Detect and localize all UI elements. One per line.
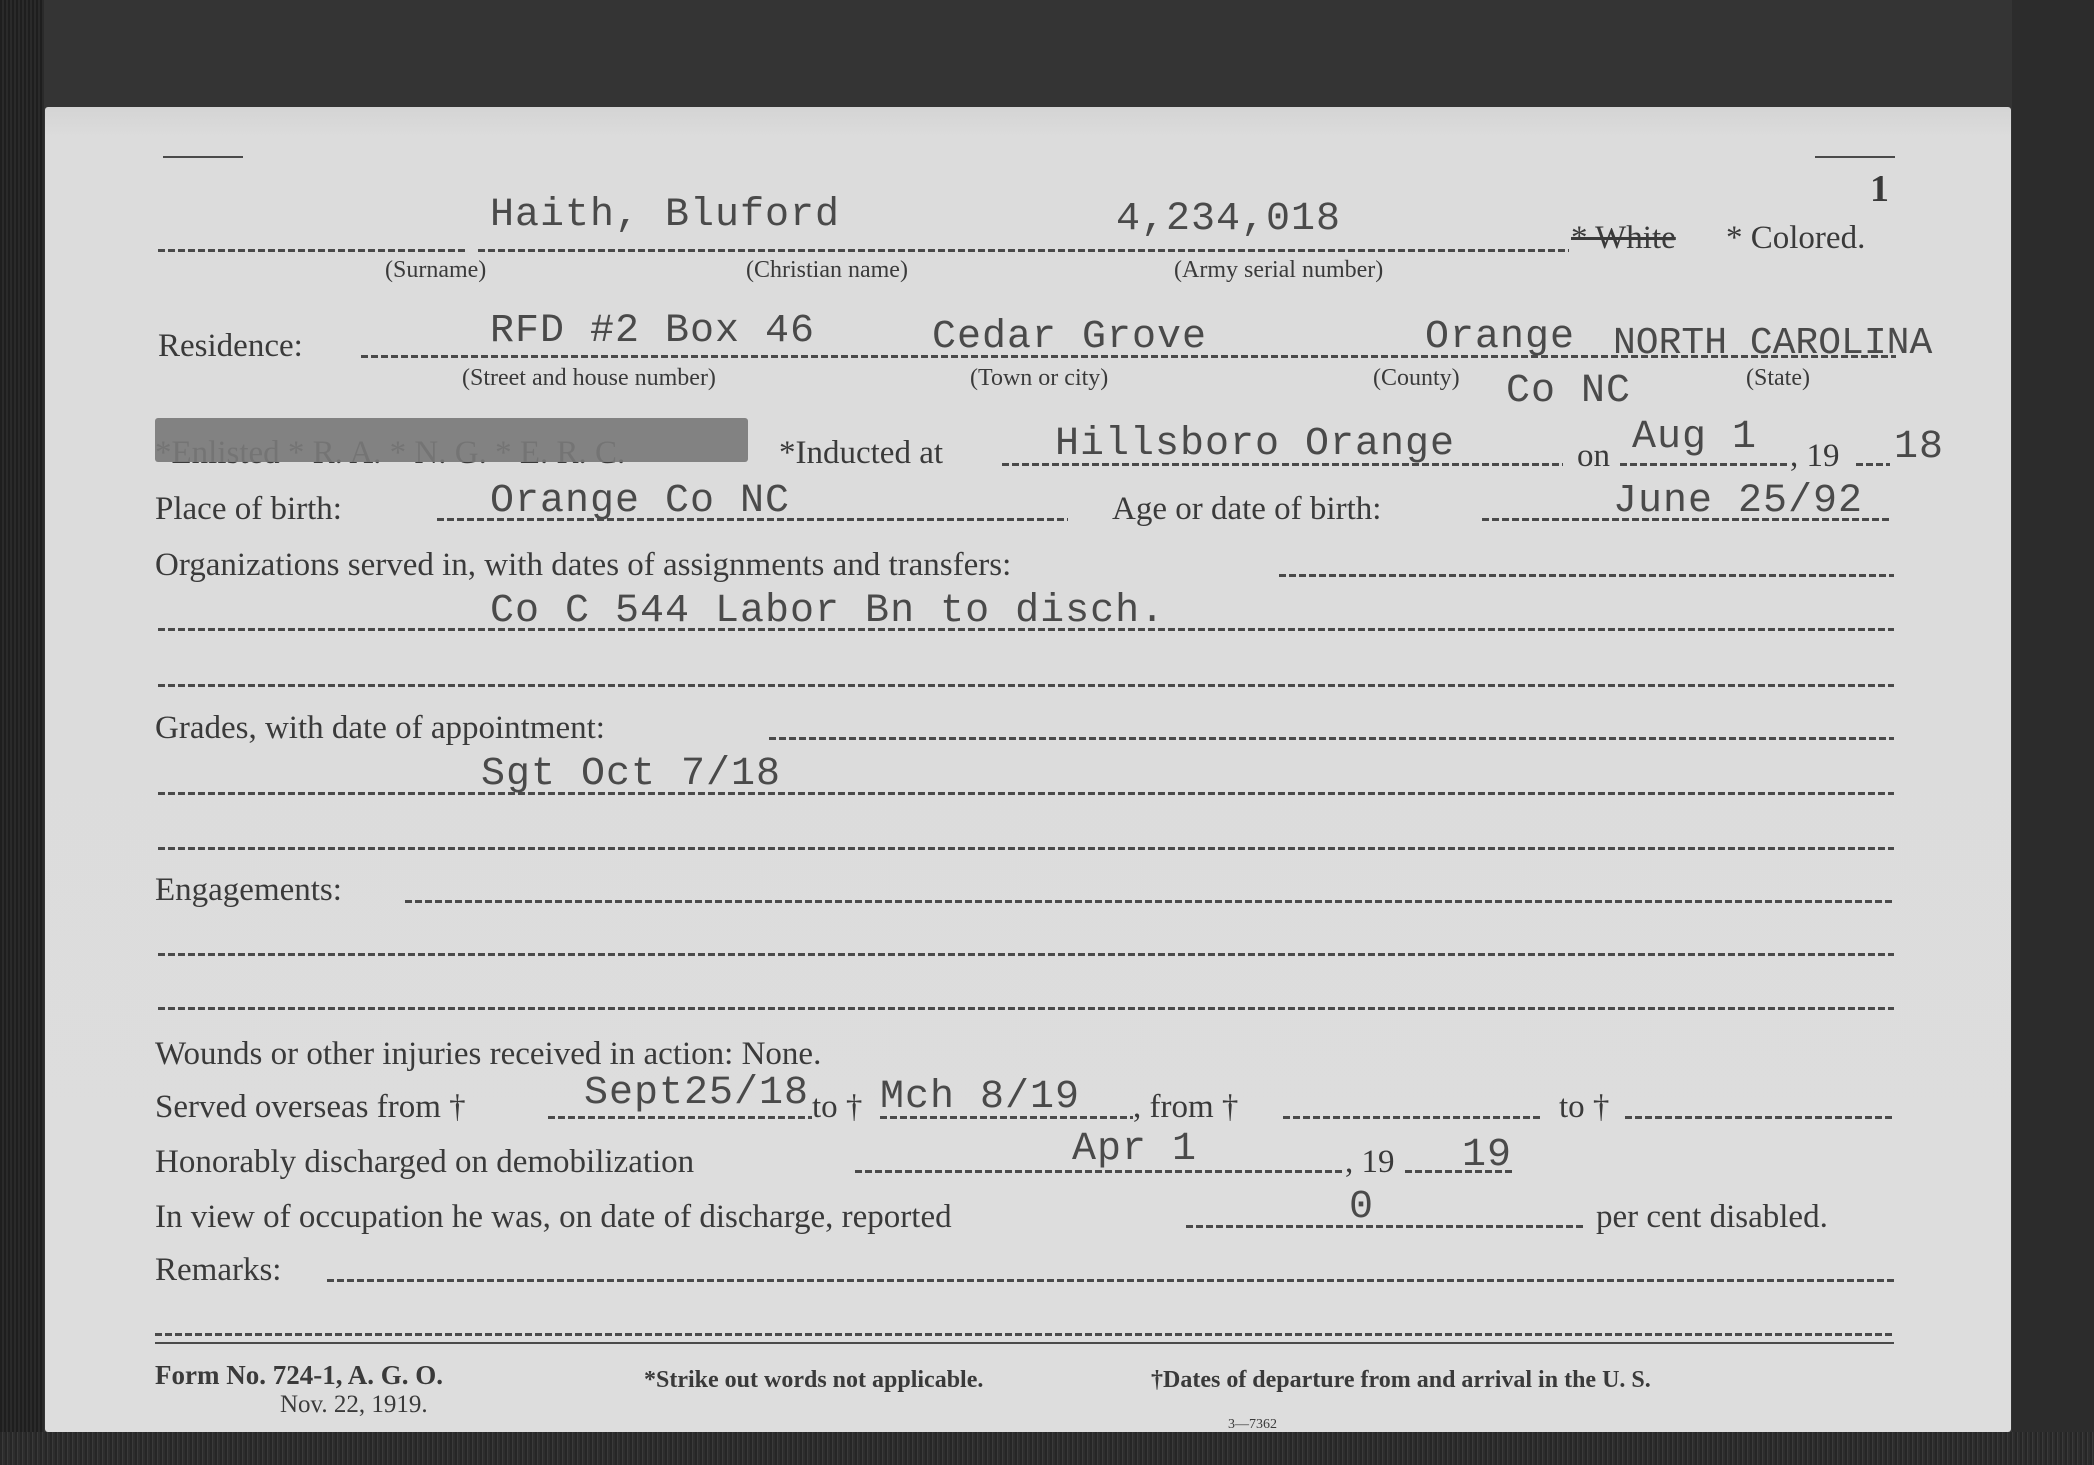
place-of-birth-value: Orange Co NC xyxy=(490,482,790,522)
on-label: on xyxy=(1577,440,1610,473)
dagger-note: †Dates of departure from and arrival in … xyxy=(1151,1368,1651,1392)
street-label: (Street and house number) xyxy=(462,366,716,390)
name-serial-line xyxy=(478,249,1569,252)
arrival-line-2 xyxy=(1625,1116,1894,1119)
grades-value: Sgt Oct 7/18 xyxy=(481,755,781,795)
departure-line-2 xyxy=(1283,1116,1543,1119)
organizations-line-1 xyxy=(1279,574,1894,577)
departure-date-value: Sept25/18 xyxy=(584,1074,809,1114)
top-right-rule xyxy=(1815,156,1895,158)
residence-street-value: RFD #2 Box 46 xyxy=(490,312,815,352)
county-note-value: Co NC xyxy=(1506,372,1631,412)
surname-label: (Surname) xyxy=(385,258,486,282)
christian-name-label: (Christian name) xyxy=(746,258,908,282)
county-label: (County) xyxy=(1373,366,1460,390)
page-number: 1 xyxy=(1870,170,1889,208)
discharge-year-value: 19 xyxy=(1462,1136,1512,1176)
departure-line xyxy=(548,1116,812,1119)
army-serial-label: (Army serial number) xyxy=(1174,258,1383,282)
asterisk-note: *Strike out words not applicable. xyxy=(644,1368,983,1392)
served-from2-label: , from † xyxy=(1133,1091,1238,1124)
residence-state-value: NORTH CAROLINA xyxy=(1613,325,1932,363)
redaction-mark xyxy=(155,418,748,462)
race-colored-option: * Colored. xyxy=(1726,222,1865,255)
remarks-line-2 xyxy=(155,1333,1894,1336)
date-of-birth-value: June 25/92 xyxy=(1613,482,1863,522)
induction-year-prefix: , 19 xyxy=(1790,440,1840,473)
served-to-label: to † xyxy=(812,1091,862,1124)
served-to2-label: to † xyxy=(1559,1091,1609,1124)
background-bottom-strip xyxy=(0,1432,2094,1465)
organizations-line-3 xyxy=(158,684,1894,687)
discharge-year-prefix: , 19 xyxy=(1345,1146,1395,1179)
disability-line xyxy=(1186,1225,1583,1228)
grades-line-1 xyxy=(769,737,1894,740)
form-date: Nov. 22, 1919. xyxy=(280,1392,428,1417)
engagements-label: Engagements: xyxy=(155,874,342,907)
engagements-line-1 xyxy=(405,900,1894,903)
background-left-strip xyxy=(0,0,44,1465)
print-code: 3—7362 xyxy=(1228,1418,1277,1432)
engagements-line-3 xyxy=(158,1007,1894,1010)
residence-town-value: Cedar Grove xyxy=(932,318,1207,358)
state-label: (State) xyxy=(1746,366,1810,390)
grades-line-2 xyxy=(158,792,1894,795)
background-right-strip xyxy=(2012,0,2094,1465)
race-white-option: * White xyxy=(1571,222,1676,255)
arrival-date-value: Mch 8/19 xyxy=(880,1078,1080,1118)
name-value: Haith, Bluford xyxy=(490,196,840,236)
organizations-label: Organizations served in, with dates of a… xyxy=(155,549,1011,582)
induction-year-line xyxy=(1856,463,1890,466)
remarks-line-1 xyxy=(327,1279,1894,1282)
serial-number-value: 4,234,018 xyxy=(1116,200,1341,240)
footer-rule xyxy=(155,1342,1894,1344)
disability-percent-value: 0 xyxy=(1349,1188,1374,1228)
town-label: (Town or city) xyxy=(970,366,1108,390)
surname-line xyxy=(158,249,467,252)
age-or-dob-label: Age or date of birth: xyxy=(1112,493,1381,526)
discharge-date-value: Apr 1 xyxy=(1072,1130,1197,1170)
induction-date-line xyxy=(1620,463,1790,466)
form-number: Form No. 724-1, A. G. O. xyxy=(155,1362,443,1389)
organizations-value: Co C 544 Labor Bn to disch. xyxy=(490,592,1165,632)
discharge-label: Honorably discharged on demobilization xyxy=(155,1146,694,1179)
induction-year-value: 18 xyxy=(1894,428,1944,468)
remarks-label: Remarks: xyxy=(155,1254,281,1287)
top-left-rule xyxy=(163,156,243,158)
residence-label: Residence: xyxy=(158,330,303,363)
wounds-text: Wounds or other injuries received in act… xyxy=(155,1038,821,1071)
inducted-at-label: *Inducted at xyxy=(779,437,943,470)
place-of-birth-label: Place of birth: xyxy=(155,493,342,526)
engagements-line-2 xyxy=(158,953,1894,956)
induction-date-value: Aug 1 xyxy=(1632,418,1757,458)
disability-suffix: per cent disabled. xyxy=(1596,1201,1828,1234)
disability-label: In view of occupation he was, on date of… xyxy=(155,1201,952,1234)
served-overseas-label: Served overseas from † xyxy=(155,1091,466,1124)
grades-label: Grades, with date of appointment: xyxy=(155,712,605,745)
grades-line-3 xyxy=(158,847,1894,850)
inducted-place-value: Hillsboro Orange xyxy=(1055,425,1455,465)
residence-county-value: Orange xyxy=(1425,318,1575,358)
